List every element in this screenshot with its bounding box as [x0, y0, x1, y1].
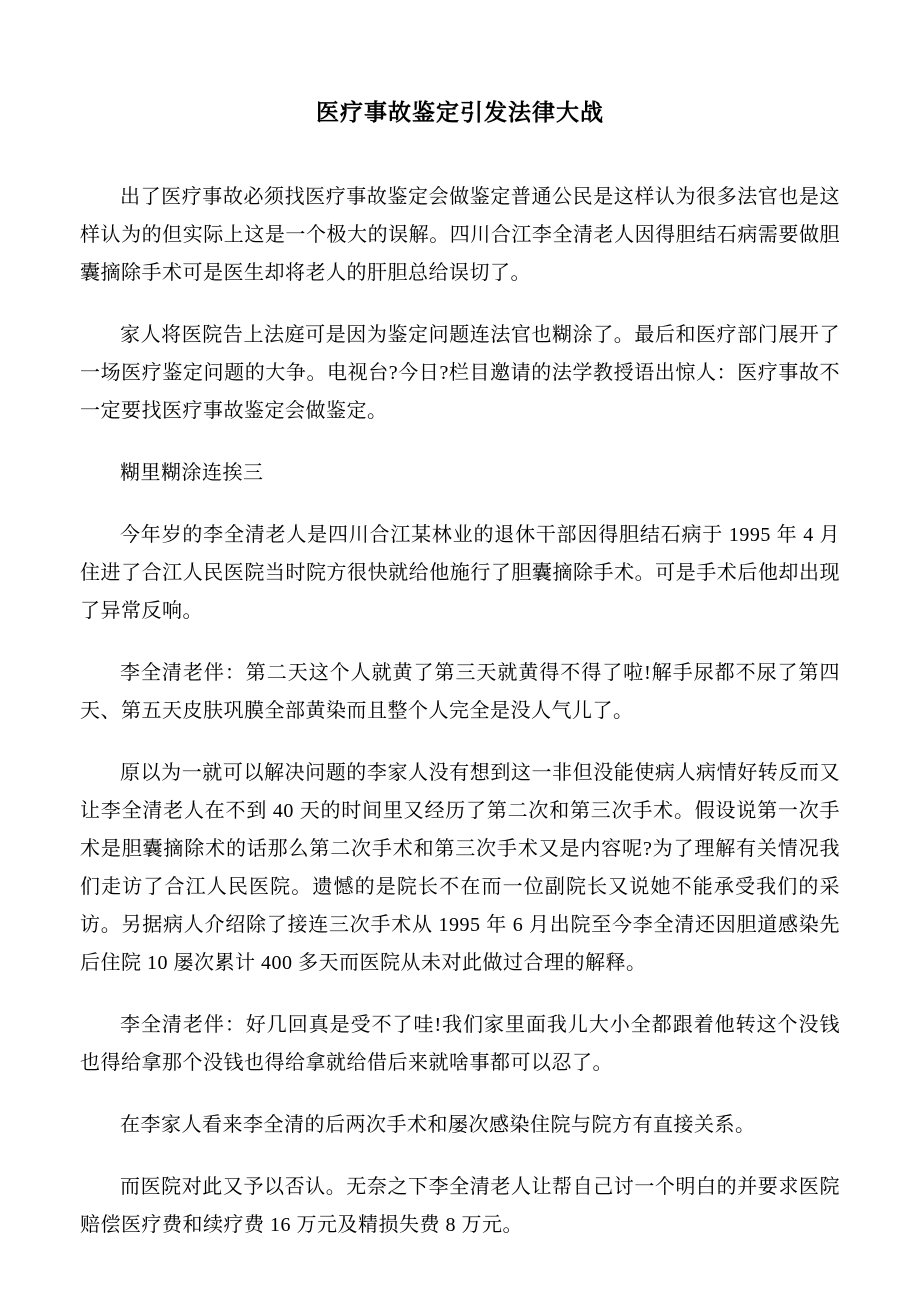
paragraph: 在李家人看来李全清的后两次手术和屡次感染住院与院方有直接关系。 [80, 1106, 840, 1144]
paragraph: 家人将医院告上法庭可是因为鉴定问题连法官也糊涂了。最后和医疗部门展开了一场医疗鉴… [80, 316, 840, 430]
document-title: 医疗事故鉴定引发法律大战 [80, 98, 840, 128]
paragraph: 出了医疗事故必须找医疗事故鉴定会做鉴定普通公民是这样认为很多法官也是这样认为的但… [80, 178, 840, 292]
paragraph: 李全清老伴：好几回真是受不了哇!我们家里面我儿大小全都跟着他转这个没钱也得给拿那… [80, 1006, 840, 1082]
paragraph: 原以为一就可以解决问题的李家人没有想到这一非但没能使病人病情好转反而又让李全清老… [80, 754, 840, 982]
paragraph: 今年岁的李全清老人是四川合江某林业的退休干部因得胆结石病于 1995 年 4 月… [80, 516, 840, 630]
paragraph-subheading: 糊里糊涂连挨三 [80, 454, 840, 492]
document-page: 医疗事故鉴定引发法律大战 出了医疗事故必须找医疗事故鉴定会做鉴定普通公民是这样认… [0, 0, 920, 1302]
paragraph: 而医院对此又予以否认。无奈之下李全清老人让帮自己讨一个明白的并要求医院赔偿医疗费… [80, 1168, 840, 1244]
document-body: 出了医疗事故必须找医疗事故鉴定会做鉴定普通公民是这样认为很多法官也是这样认为的但… [80, 178, 840, 1244]
paragraph: 李全清老伴：第二天这个人就黄了第三天就黄得不得了啦!解手尿都不尿了第四天、第五天… [80, 654, 840, 730]
